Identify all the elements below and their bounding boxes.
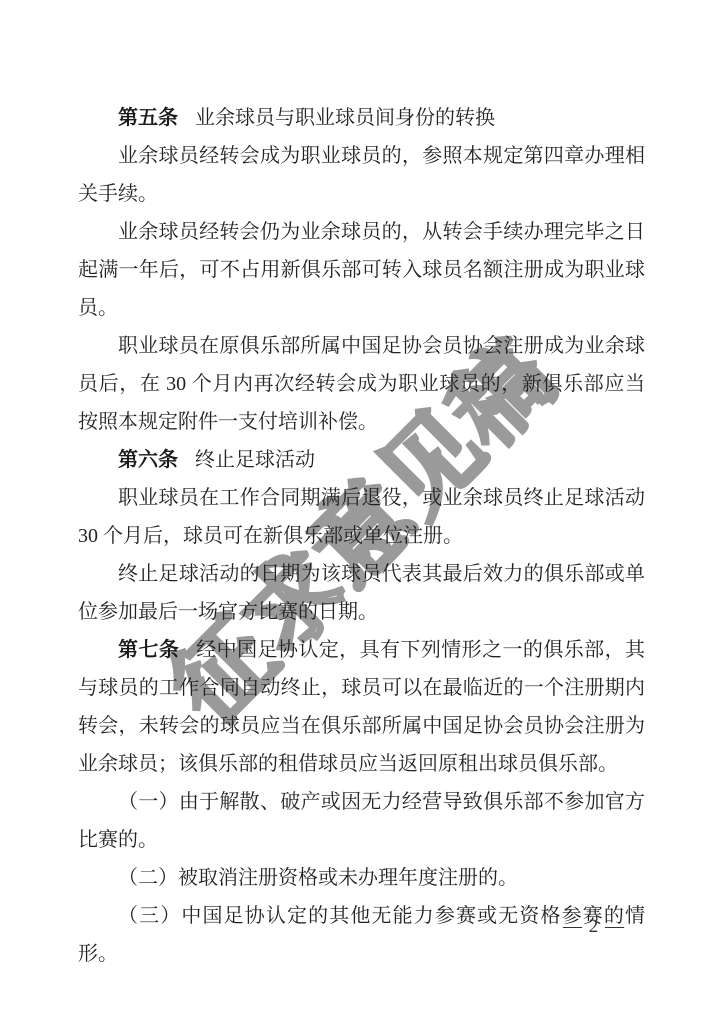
- article-text: 终止足球活动: [195, 449, 315, 471]
- body-paragraph: 业余球员经转会仍为业余球员的，从转会手续办理完毕之日起满一年后，可不占用新俱乐部…: [78, 213, 645, 327]
- article-heading: 第六条终止足球活动: [78, 441, 645, 479]
- document-content: 第五条业余球员与职业球员间身份的转换业余球员经转会成为职业球员的，参照本规定第四…: [78, 99, 645, 973]
- body-paragraph: （三）中国足协认定的其他无能力参赛或无资格参赛的情形。: [78, 897, 645, 973]
- page-number: — 2 —: [563, 916, 625, 938]
- article-number: 第七条: [118, 639, 179, 661]
- body-paragraph: （二）被取消注册资格或未办理年度注册的。: [78, 859, 645, 897]
- article-text: 业余球员与职业球员间身份的转换: [195, 107, 495, 129]
- document-page: 征求意见稿 第五条业余球员与职业球员间身份的转换业余球员经转会成为职业球员的，参…: [0, 0, 720, 1018]
- article-number: 第六条: [118, 449, 178, 471]
- body-paragraph: 终止足球活动的日期为该球员代表其最后效力的俱乐部或单位参加最后一场官方比赛的日期…: [78, 555, 645, 631]
- body-paragraph: 业余球员经转会成为职业球员的，参照本规定第四章办理相关手续。: [78, 137, 645, 213]
- article-heading: 第七条经中国足协认定，具有下列情形之一的俱乐部，其与球员的工作合同自动终止，球员…: [78, 631, 645, 783]
- article-heading: 第五条业余球员与职业球员间身份的转换: [78, 99, 645, 137]
- body-paragraph: 职业球员在原俱乐部所属中国足协会员协会注册成为业余球员后，在 30 个月内再次经…: [78, 327, 645, 441]
- article-number: 第五条: [118, 107, 178, 129]
- body-paragraph: （一）由于解散、破产或因无力经营导致俱乐部不参加官方比赛的。: [78, 783, 645, 859]
- body-paragraph: 职业球员在工作合同期满后退役，或业余球员终止足球活动 30 个月后，球员可在新俱…: [78, 479, 645, 555]
